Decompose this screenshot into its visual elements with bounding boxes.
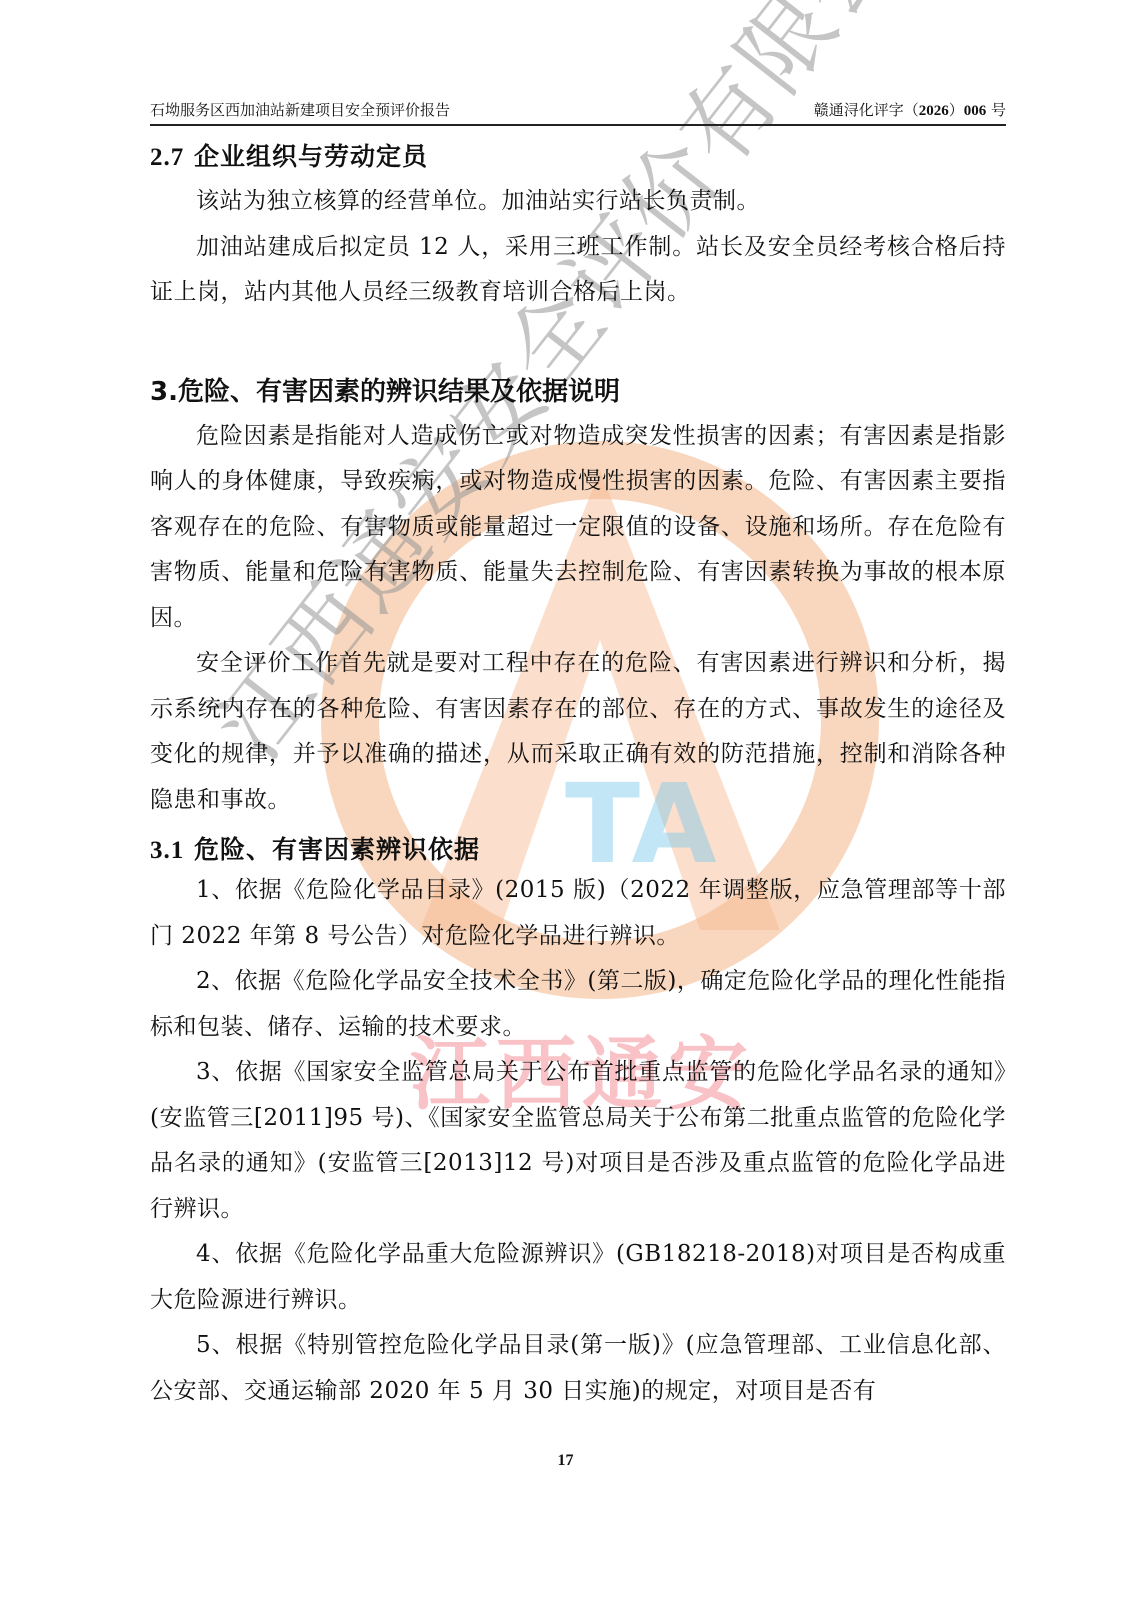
- report-title: 石坳服务区西加油站新建项目安全预评价报告: [150, 99, 450, 120]
- paragraph: 加油站建成后拟定员 12 人，采用三班工作制。站长及安全员经考核合格后持证上岗，…: [150, 225, 1006, 316]
- list-item: 5、根据《特别管控危险化学品目录(第一版)》(应急管理部、工业信息化部、公安部、…: [150, 1323, 1006, 1414]
- section-3-1-heading: 3.1 危险、有害因素辨识依据: [150, 833, 1006, 868]
- page-header: 石坳服务区西加油站新建项目安全预评价报告 赣通浔化评字（2026）006 号: [150, 98, 1006, 126]
- list-item: 1、依据《危险化学品目录》(2015 版)（2022 年调整版，应急管理部等十部…: [150, 868, 1006, 959]
- document-page: TA 江西通安 江西通安安全评价有限公司 石坳服务区西加油站新建项目安全预评价报…: [0, 0, 1131, 1600]
- paragraph: 危险因素是指能对人造成伤亡或对物造成突发性损害的因素；有害因素是指影响人的身体健…: [150, 414, 1006, 642]
- paragraph: 该站为独立核算的经营单位。加油站实行站长负责制。: [150, 179, 1006, 225]
- section-2-7-heading: 2.7 企业组织与劳动定员: [150, 140, 1006, 175]
- list-item: 3、依据《国家安全监管总局关于公布首批重点监管的危险化学品名录的通知》(安监管三…: [150, 1050, 1006, 1232]
- page-content: 2.7 企业组织与劳动定员 该站为独立核算的经营单位。加油站实行站长负责制。 加…: [150, 140, 1006, 1414]
- page-number: 17: [0, 1452, 1131, 1470]
- list-item: 4、依据《危险化学品重大危险源辨识》(GB18218-2018)对项目是否构成重…: [150, 1232, 1006, 1323]
- paragraph: 安全评价工作首先就是要对工程中存在的危险、有害因素进行辨识和分析，揭示系统内存在…: [150, 641, 1006, 823]
- list-item: 2、依据《危险化学品安全技术全书》(第二版)，确定危险化学品的理化性能指标和包装…: [150, 959, 1006, 1050]
- report-number: 赣通浔化评字（2026）006 号: [814, 99, 1006, 120]
- section-3-heading: 3.危险、有害因素的辨识结果及依据说明: [150, 374, 1006, 410]
